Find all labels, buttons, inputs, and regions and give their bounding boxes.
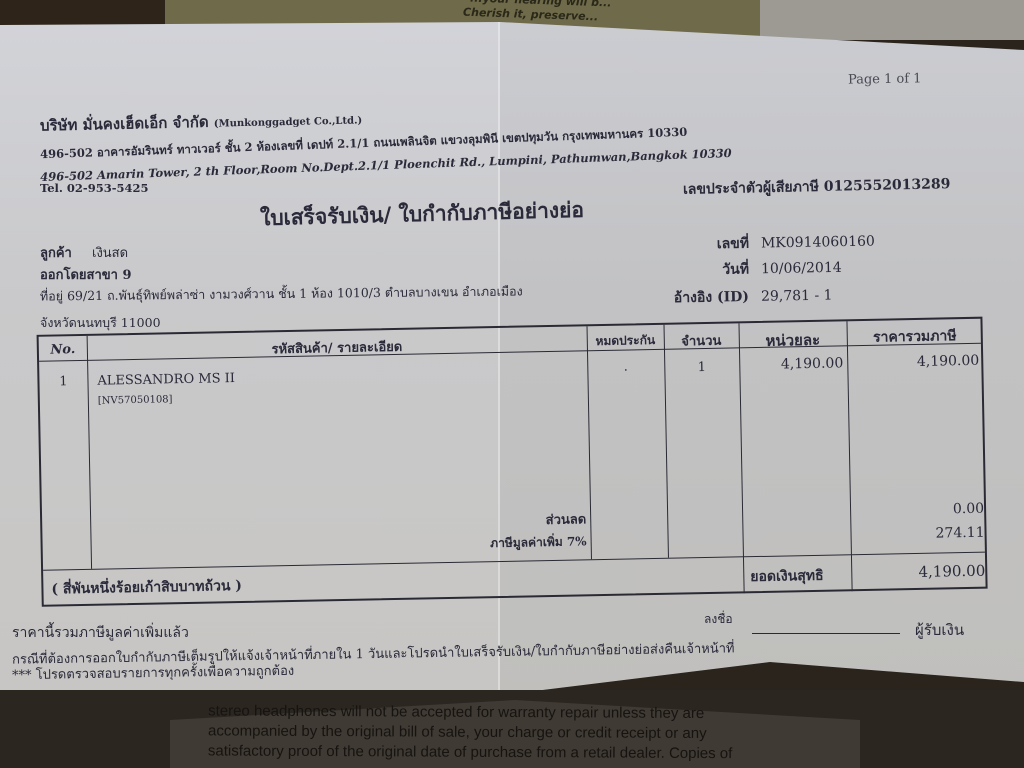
page-indicator: Page 1 of 1 [848,71,922,87]
net-total-label: ยอดเงินสุทธิ [750,565,824,588]
column-header-quantity: จำนวน [664,329,739,351]
document-date: วันที่10/06/2014 [704,257,842,281]
column-header-description: รหัสสินค้า/ รายละเอียด [87,332,587,363]
column-header-unit-price: หน่วยละ [739,327,847,353]
signature-label: ลงชื่อ [704,610,733,629]
tax-id: เลขประจำตัวผู้เสียภาษี 0125552013289 [683,173,951,201]
column-header-no: No. [39,342,87,358]
column-header-total: ราคารวมภาษี [847,325,983,350]
net-total-value: 4,190.00 [851,562,985,583]
company-name: บริษัท มั่นคงเฮ็ดเอ็ก จำกัด (Munkonggadg… [40,106,363,137]
document-title: ใบเสร็จรับเงิน/ ใบกำกับภาษีอย่างย่อ [260,194,585,235]
column-header-warranty: หมดประกัน [587,331,664,351]
vat-value: 274.11 [850,525,984,544]
customer-label: ลูกค้า [40,242,72,263]
amount-in-words: ( สี่พันหนึ่งร้อยเก้าสิบบาทถ้วน ) [51,575,242,601]
item-warranty: . [587,359,664,375]
receiver-label: ผู้รับเงิน [915,618,964,642]
item-unit-price: 4,190.00 [739,355,843,373]
items-table: No. รหัสสินค้า/ รายละเอียด หมดประกัน จำน… [28,287,989,605]
customer-value: เงินสด [92,242,128,263]
discount-value: 0.00 [850,501,984,520]
vat-included-note: ราคานี้รวมภาษีมูลค่าเพิ่มแล้ว [12,622,189,644]
item-total: 4,190.00 [847,353,979,372]
item-quantity: 1 [664,359,739,375]
company-phone: Tel. 02-953-5425 [40,181,149,195]
issuing-branch: ออกโดยสาขา 9 [40,264,132,285]
item-code: [NV57050108] [98,394,173,406]
discount-label: ส่วนลด [342,508,586,534]
check-items-note: *** โปรดตรวจสอบรายการทุกครั้งเพื่อความถู… [12,660,294,685]
item-name: ALESSANDRO MS II [97,371,235,389]
receipt-document: Page 1 of 1 บริษัท มั่นคงเฮ็ดเอ็ก จำกัด … [0,0,1024,768]
document-number: เลขที่MK0914060160 [704,231,875,256]
signature-line [752,633,900,634]
vat-label: ภาษีมูลค่าเพิ่ม 7% [343,532,587,556]
